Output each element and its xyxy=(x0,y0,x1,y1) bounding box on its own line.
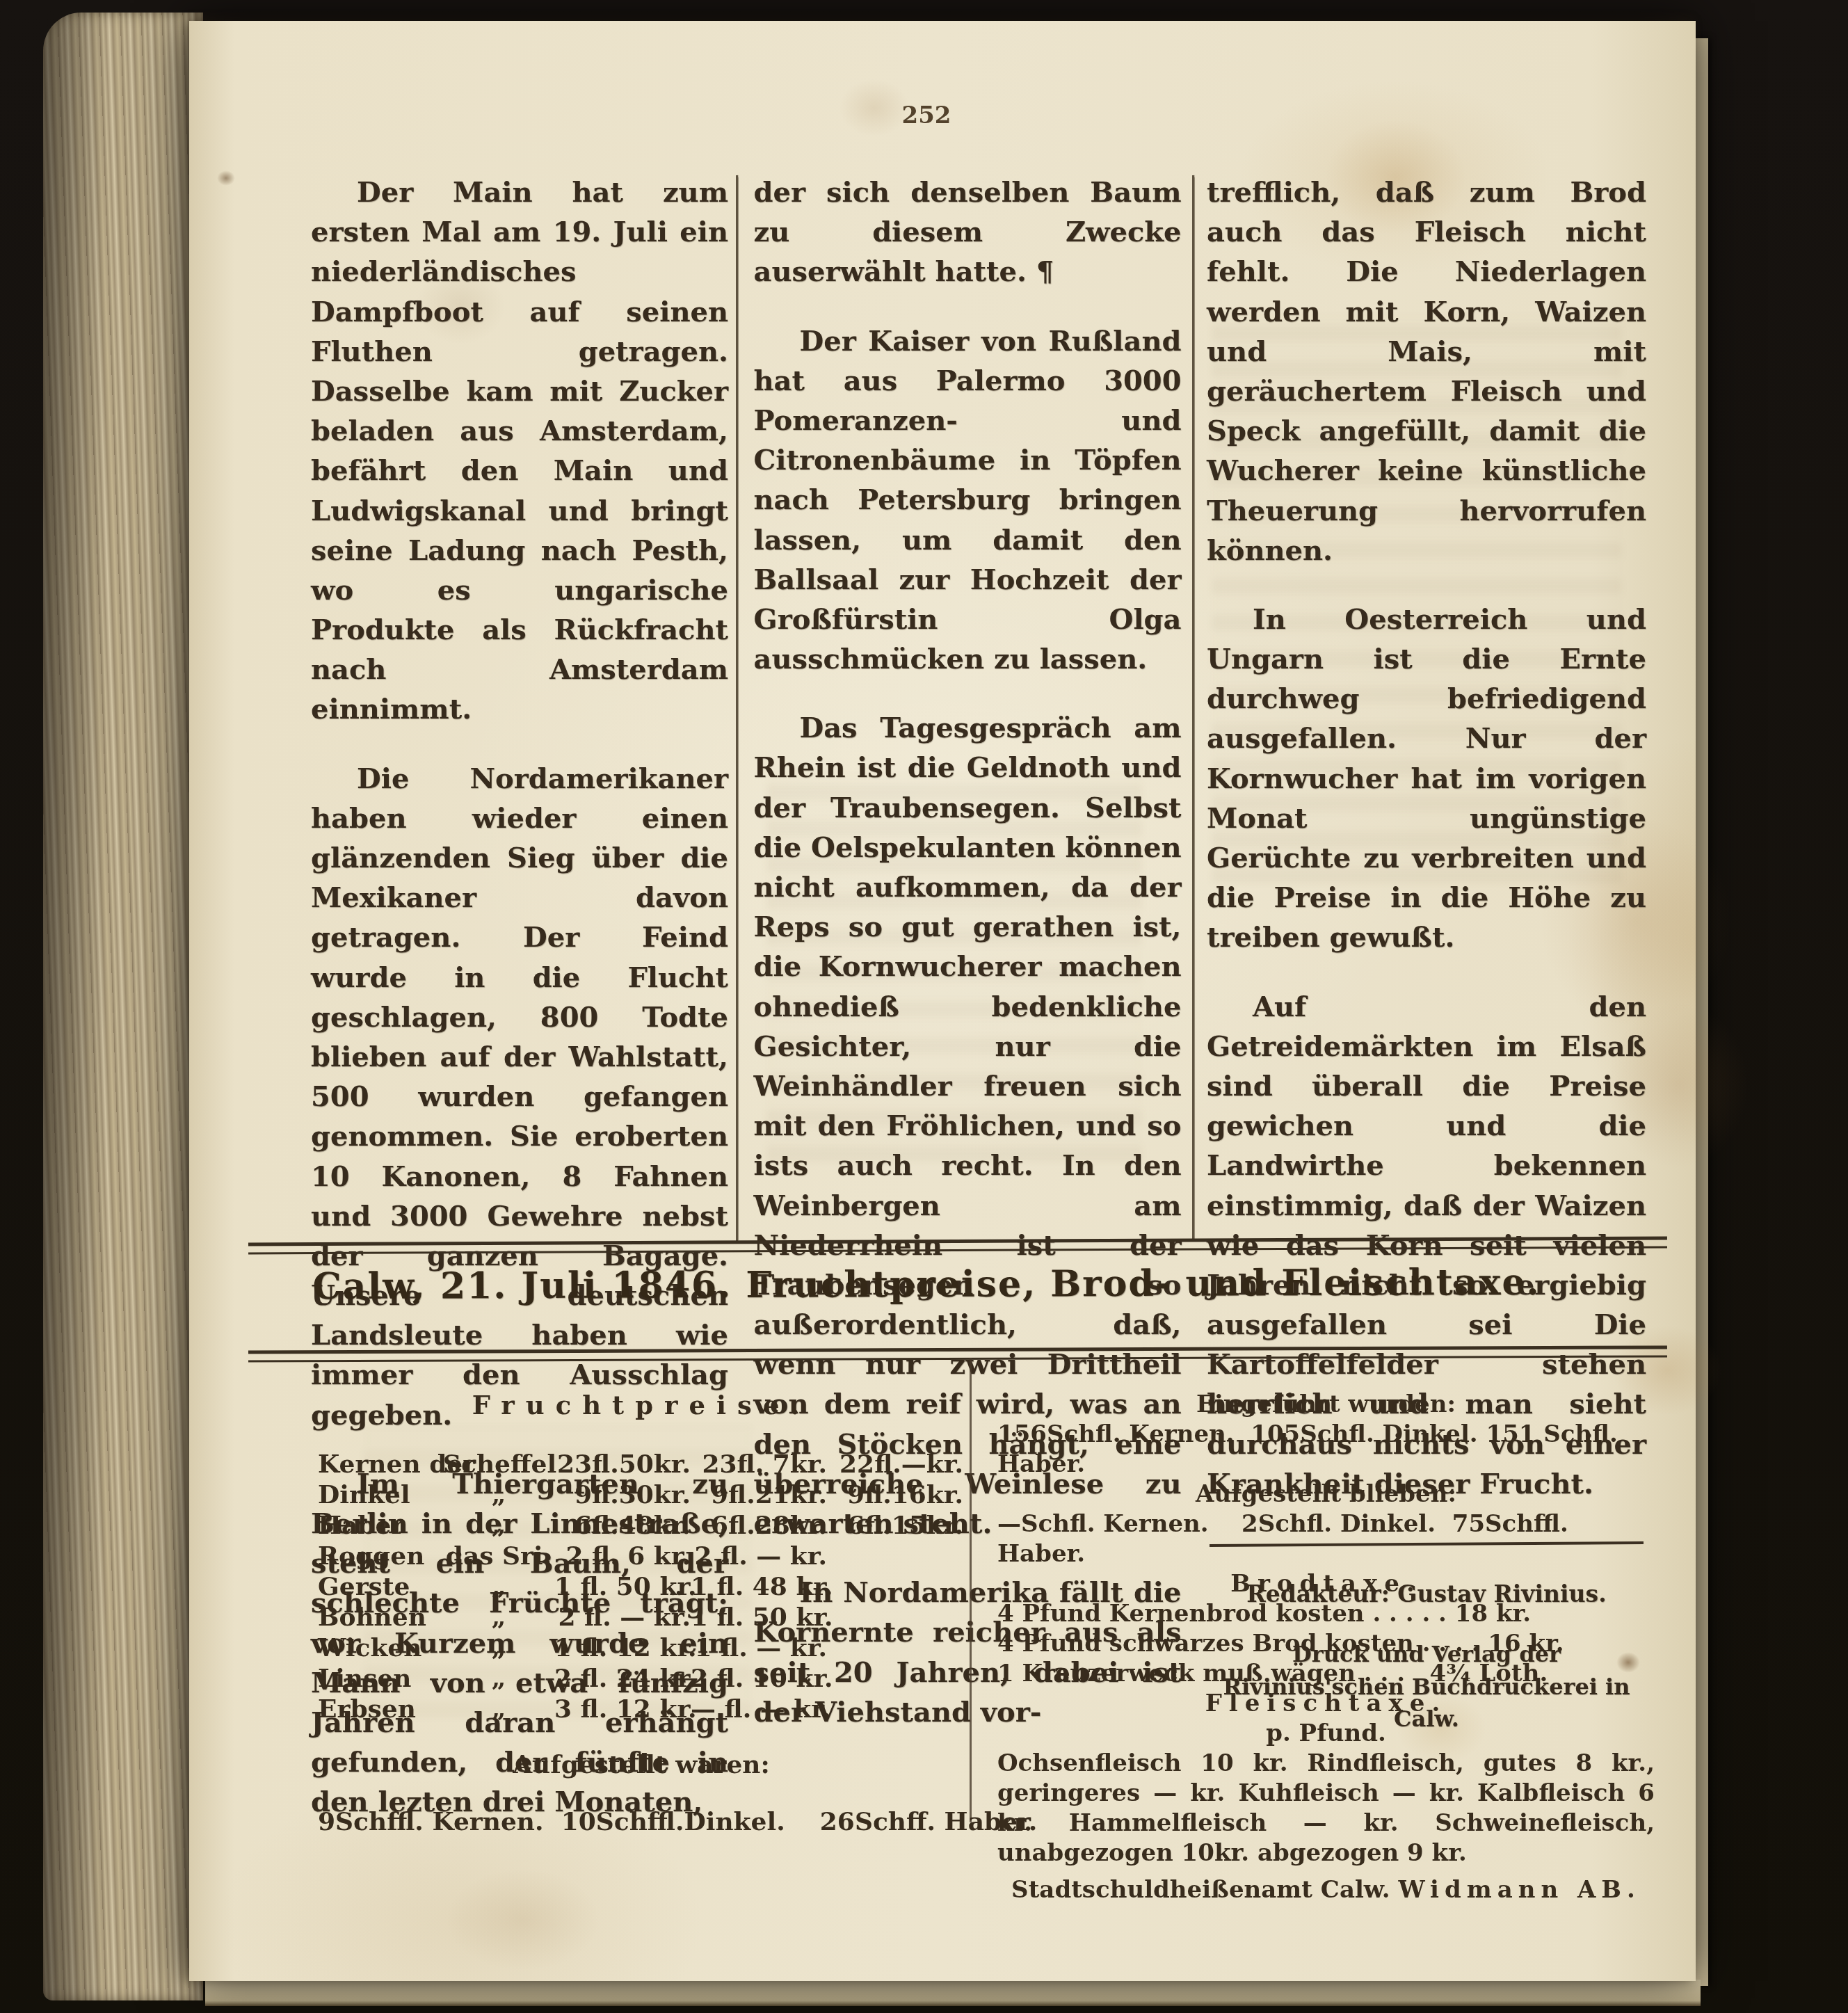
price-value: 9fl.21kr. xyxy=(691,1480,827,1509)
commodity-name: Wicken xyxy=(318,1633,443,1662)
table-row: Wicken „ 1 fl. 12 kr. 1 fl. — kr. xyxy=(318,1633,965,1664)
signature-name: Widmann AB. xyxy=(1398,1876,1641,1904)
meat-price-paragraph: Ochsenfleisch 10 kr. Rindfleisch, gutes … xyxy=(997,1749,1655,1868)
table-row: Kernen der Scheffel 23fl.50kr. 23fl. 7kr… xyxy=(318,1450,965,1480)
fleischtaxe-title: Fleischtaxe. xyxy=(997,1689,1655,1719)
aufgestellt-blieben-line: —Schfl. Kernen. 2Schfl. Dinkel. 75Schffl… xyxy=(997,1509,1655,1569)
price-value: 6fl.15kr. xyxy=(827,1511,963,1540)
commodity-name: Bohnen xyxy=(318,1603,443,1632)
measure-unit: „ xyxy=(443,1633,554,1662)
eingefuehrt-title: Eingeführt wurden: xyxy=(997,1390,1655,1420)
commodity-name: Linsen xyxy=(318,1664,443,1693)
brodtaxe-title: Brodtaxe. xyxy=(997,1569,1655,1599)
measure-unit: das Sri. xyxy=(443,1541,554,1571)
commodity-name: Roggen xyxy=(318,1541,443,1571)
table-row: Dinkel „ 9fl.30kr. 9fl.21kr. 9fl.16kr. xyxy=(318,1480,965,1511)
price-value: 1 fl. 12 kr. xyxy=(554,1633,691,1662)
price-value: 2 fl. — kr. xyxy=(554,1603,691,1632)
price-value: 23fl. 7kr. xyxy=(691,1450,827,1479)
table-row: Erbsen „ 3 fl. 12 kr. — fl. — kr. xyxy=(318,1694,965,1725)
price-value: 1 fl. — kr. xyxy=(691,1633,827,1662)
price-value: 22fl.—kr. xyxy=(827,1450,963,1479)
measure-unit: „ xyxy=(443,1511,554,1540)
import-bread-meat-table: Eingeführt wurden: 156Schfl. Kernen. 105… xyxy=(997,1390,1655,1905)
newspaper-page: 252 Der Main hat zum ersten Mal am 19. J… xyxy=(189,21,1696,1981)
grain-price-title: Fruchtpreise. xyxy=(318,1390,965,1420)
book-page-stack-edges xyxy=(43,13,203,2000)
measure-unit: „ xyxy=(443,1480,554,1509)
article-paragraph-continuation: der sich denselben Baum zu diesem Zwecke… xyxy=(754,173,1182,292)
price-table-divider xyxy=(970,1358,972,1822)
table-row: Gerste „ 1 fl. 50 kr. 1 fl. 48 kr. xyxy=(318,1572,965,1603)
grain-price-table: Fruchtpreise. Kernen der Scheffel 23fl.5… xyxy=(318,1390,965,1836)
table-row: Bohnen „ 2 fl. — kr. 1 fl. 50 kr. xyxy=(318,1603,965,1633)
commodity-name: Erbsen xyxy=(318,1694,443,1724)
measure-unit: „ xyxy=(443,1694,554,1724)
price-value: — fl. — kr. xyxy=(691,1694,827,1724)
price-value: 1 fl. 48 kr. xyxy=(691,1572,827,1601)
price-value: 9fl.16kr. xyxy=(827,1480,963,1509)
bread-price-line: 1 Kreuzerweck muß wägen . . . 4¾ Loth. xyxy=(997,1659,1655,1689)
price-value: 2 fl. 24 kr. xyxy=(554,1664,691,1693)
signature-line: Stadtschuldheißenamt Calw. Widmann AB. xyxy=(997,1875,1655,1905)
commodity-name: Haber xyxy=(318,1511,443,1540)
measure-unit: „ xyxy=(443,1603,554,1632)
commodity-name: Dinkel xyxy=(318,1480,443,1509)
scanned-newspaper-page: 252 Der Main hat zum ersten Mal am 19. J… xyxy=(0,0,1848,2013)
table-row: Haber „ 6fl.48kr. 6fl.28kr. 6fl.15kr. xyxy=(318,1511,965,1541)
measure-unit: „ xyxy=(443,1572,554,1601)
price-value: 2 fl. — kr. xyxy=(691,1541,827,1571)
article-paragraph: Die Nordamerikaner haben wieder einen gl… xyxy=(311,759,728,1435)
commodity-name: Kernen der xyxy=(318,1450,443,1479)
article-paragraph: Der Main hat zum ersten Mal am 19. Juli … xyxy=(311,173,728,730)
paper-stain xyxy=(440,1864,606,1975)
commodity-name: Gerste xyxy=(318,1572,443,1601)
article-paragraph: In Oesterreich und Ungarn ist die Ernte … xyxy=(1207,600,1646,958)
fleischtaxe-subtitle: p. Pfund. xyxy=(997,1719,1655,1749)
underlying-page-right-edge xyxy=(1694,38,1708,1986)
table-row: Linsen „ 2 fl. 24 kr. 2 fl. 10 kr. xyxy=(318,1664,965,1694)
price-value: 23fl.50kr. xyxy=(554,1450,691,1479)
table-row: Roggen das Sri. 2 fl. 6 kr. 2 fl. — kr. xyxy=(318,1541,965,1572)
price-value: 2 fl. 10 kr. xyxy=(691,1664,827,1693)
measure-unit: „ xyxy=(443,1664,554,1693)
article-paragraph-continuation: trefflich, daß zum Brod auch das Fleisch… xyxy=(1207,173,1646,570)
market-report-heading: Calw, 21. Juli 1846. Fruchtpreise, Brod-… xyxy=(189,1260,1664,1308)
price-value: 9fl.30kr. xyxy=(554,1480,691,1509)
signature-office: Stadtschuldheißenamt Calw. xyxy=(1011,1876,1390,1904)
price-value: 3 fl. 12 kr. xyxy=(554,1694,691,1724)
bread-price-line: 4 Pfund Kernenbrod kosten . . . . . 18 k… xyxy=(997,1599,1655,1629)
price-value: 1 fl. 50 kr. xyxy=(554,1572,691,1601)
page-number: 252 xyxy=(885,102,968,129)
ink-spot xyxy=(217,170,235,186)
price-value: 2 fl. 6 kr. xyxy=(554,1541,691,1571)
bread-price-line: 4 Pfund schwarzes Brod kosten . . . . 16… xyxy=(997,1629,1655,1659)
aufgestellt-blieben-title: Aufgestellt blieben: xyxy=(997,1479,1655,1509)
eingefuehrt-line: 156Schfl. Kernen. 105Schfl. Dinkel. 151 … xyxy=(997,1420,1655,1479)
aufgestellt-waren-title: Aufgestellt waren: xyxy=(318,1750,965,1779)
price-value: 6fl.28kr. xyxy=(691,1511,827,1540)
underlying-page-bottom-edge xyxy=(205,1980,1701,2006)
article-paragraph: Der Kaiser von Rußland hat aus Palermo 3… xyxy=(754,321,1182,680)
aufgestellt-waren-line: 9Schffl. Kernen. 10Schffl.Dinkel. 26Schf… xyxy=(318,1807,965,1836)
price-value: 6fl.48kr. xyxy=(554,1511,691,1540)
price-value: 1 fl. 50 kr. xyxy=(691,1603,827,1632)
measure-unit: Scheffel xyxy=(443,1450,554,1479)
